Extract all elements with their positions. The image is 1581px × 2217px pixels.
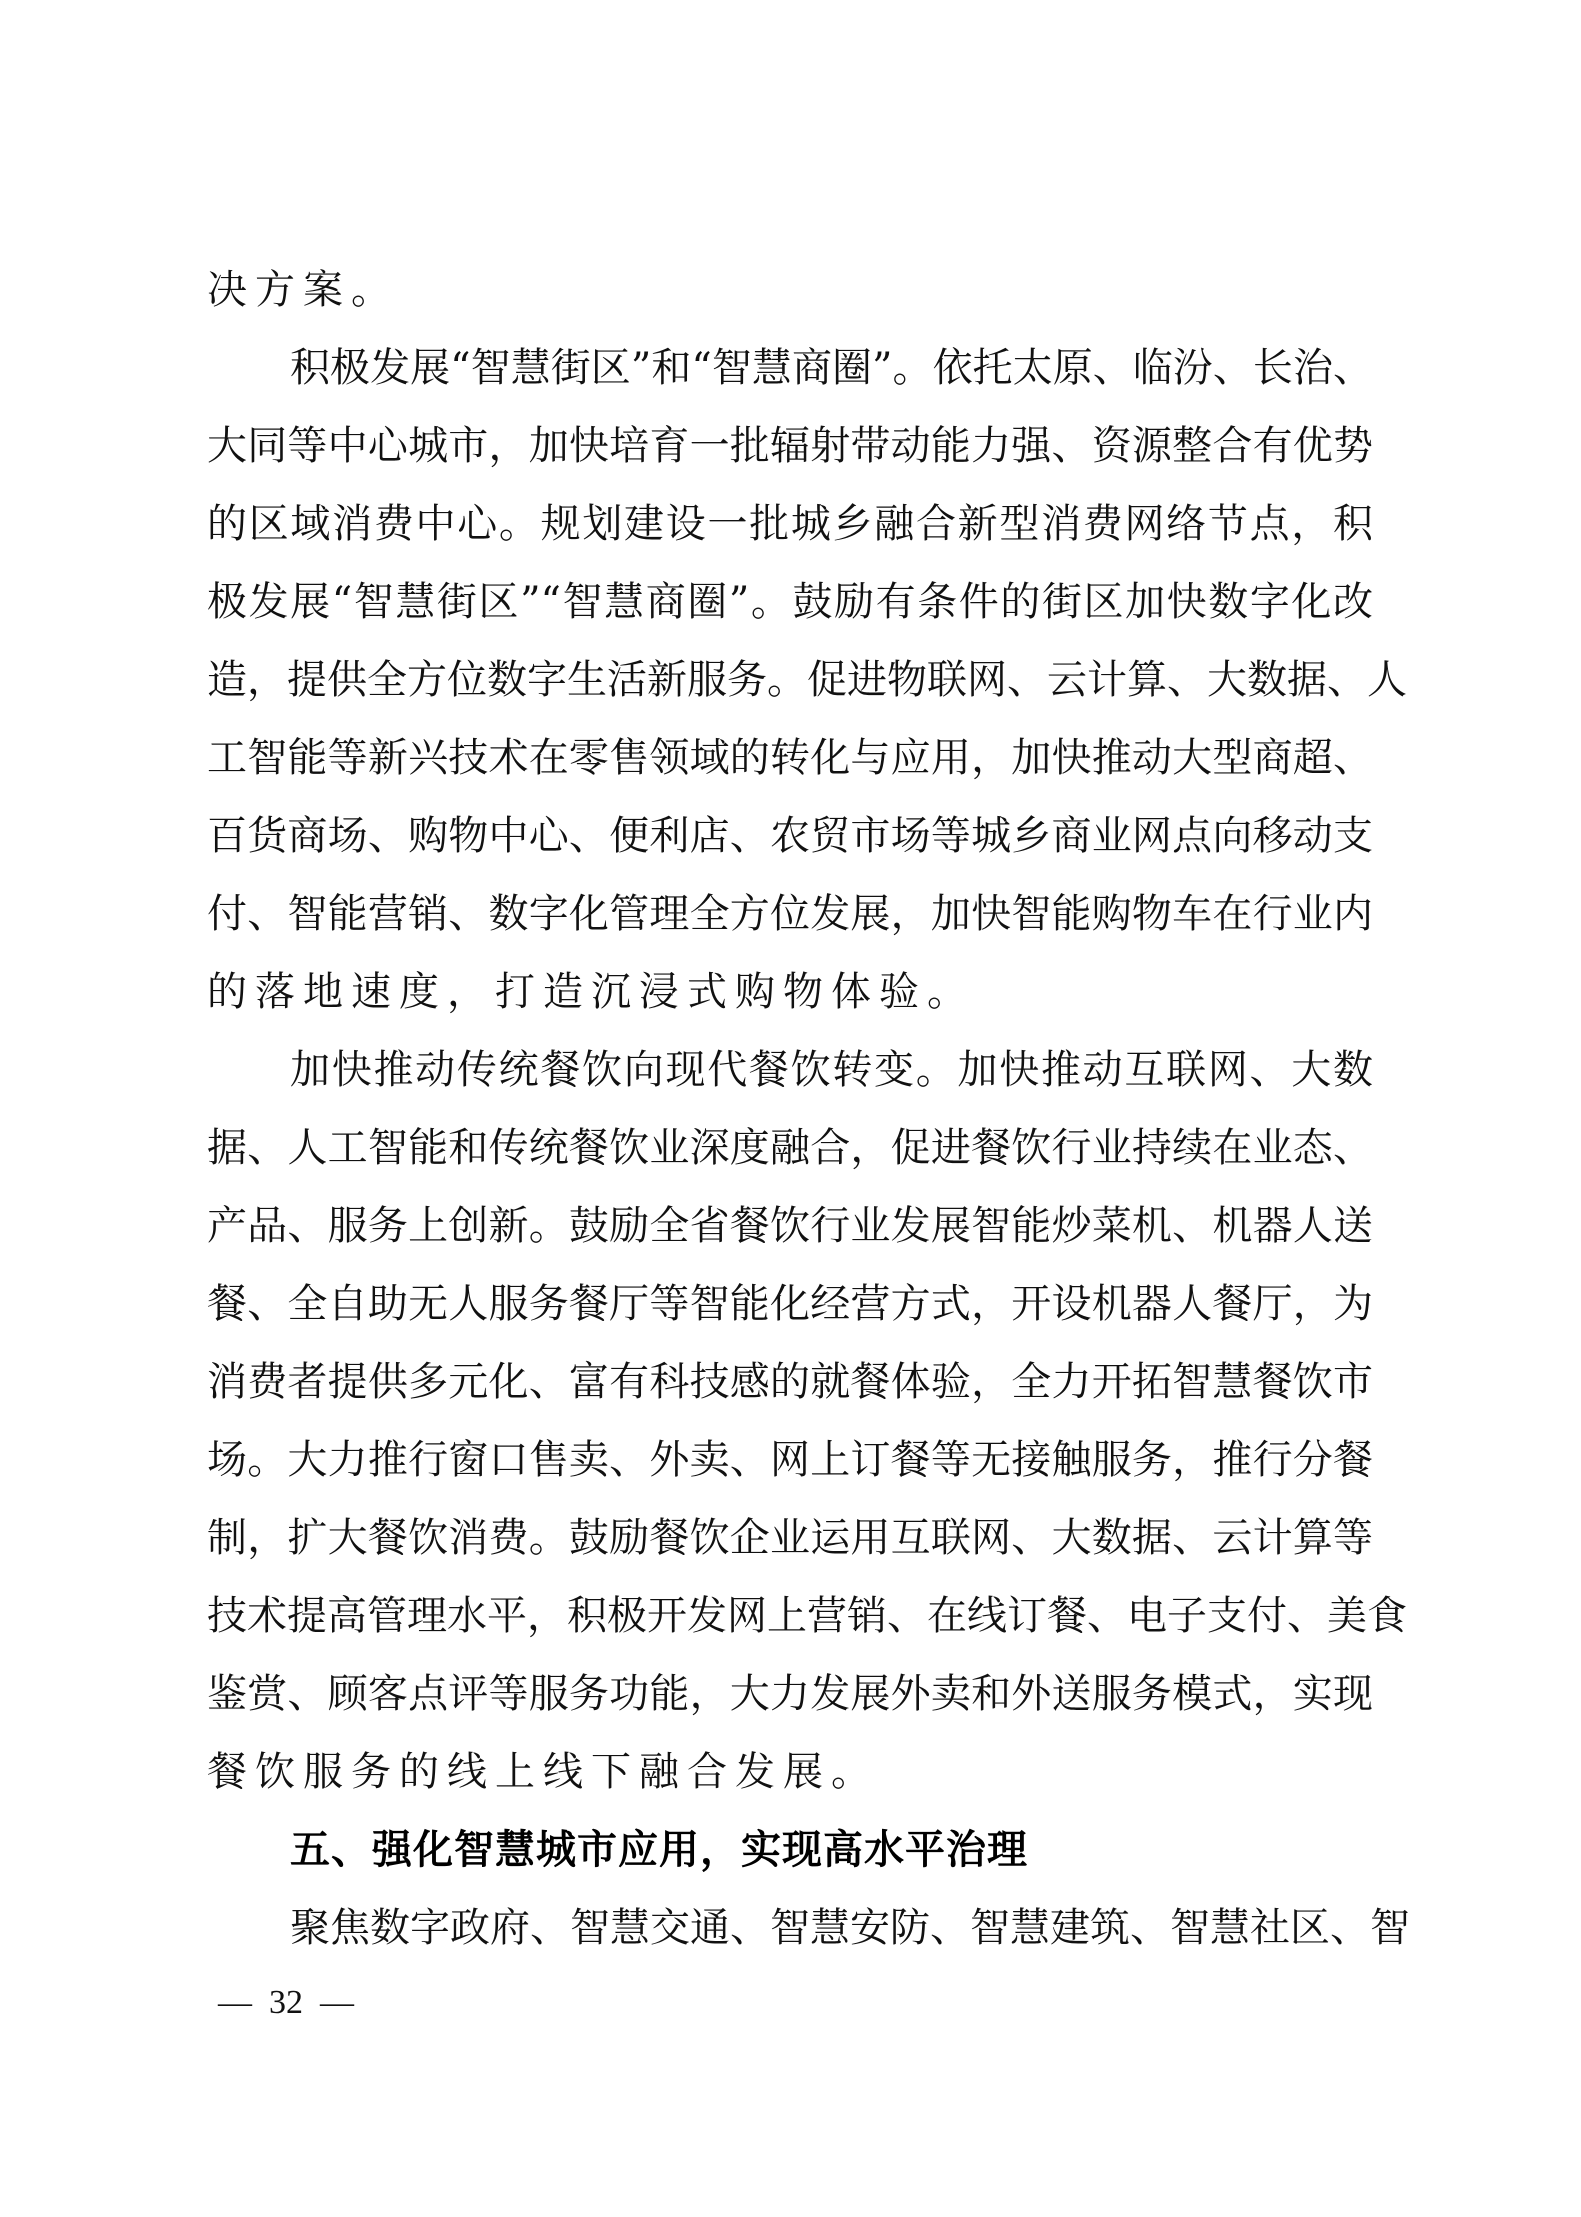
paragraph-line: 决方案。	[207, 251, 1373, 329]
paragraph-line: 消费者提供多元化、富有科技感的就餐体验，全力开拓智慧餐饮市	[207, 1343, 1373, 1421]
paragraph-line: 造，提供全方位数字生活新服务。促进物联网、云计算、大数据、人	[207, 641, 1373, 719]
paragraph-line: 大同等中心城市，加快培育一批辐射带动能力强、资源整合有优势	[207, 407, 1373, 485]
paragraph-line: 聚焦数字政府、智慧交通、智慧安防、智慧建筑、智慧社区、智	[207, 1889, 1373, 1967]
page-number: — 32 —	[218, 1980, 354, 2026]
section-heading: 五、强化智慧城市应用，实现高水平治理	[207, 1811, 1373, 1889]
paragraph-line: 付、智能营销、数字化管理全方位发展，加快智能购物车在行业内	[207, 875, 1373, 953]
paragraph-line: 餐饮服务的线上线下融合发展。	[207, 1733, 1373, 1811]
paragraph-line: 产品、服务上创新。鼓励全省餐饮行业发展智能炒菜机、机器人送	[207, 1187, 1373, 1265]
paragraph-line: 加快推动传统餐饮向现代餐饮转变。加快推动互联网、大数	[207, 1031, 1373, 1109]
paragraph-line: 工智能等新兴技术在零售领域的转化与应用，加快推动大型商超、	[207, 719, 1373, 797]
document-page: 决方案。 积极发展“智慧街区”和“智慧商圈”。依托太原、临汾、长治、 大同等中心…	[207, 251, 1373, 1967]
paragraph-line: 技术提高管理水平，积极开发网上营销、在线订餐、电子支付、美食	[207, 1577, 1373, 1655]
paragraph-line: 的区域消费中心。规划建设一批城乡融合新型消费网络节点，积	[207, 485, 1373, 563]
paragraph-line: 制，扩大餐饮消费。鼓励餐饮企业运用互联网、大数据、云计算等	[207, 1499, 1373, 1577]
paragraph-line: 场。大力推行窗口售卖、外卖、网上订餐等无接触服务，推行分餐	[207, 1421, 1373, 1499]
paragraph-line: 的落地速度，打造沉浸式购物体验。	[207, 953, 1373, 1031]
paragraph-line: 极发展“智慧街区”“智慧商圈”。鼓励有条件的街区加快数字化改	[207, 563, 1373, 641]
paragraph-line: 餐、全自助无人服务餐厅等智能化经营方式，开设机器人餐厅，为	[207, 1265, 1373, 1343]
paragraph-line: 积极发展“智慧街区”和“智慧商圈”。依托太原、临汾、长治、	[207, 329, 1373, 407]
paragraph-line: 鉴赏、顾客点评等服务功能，大力发展外卖和外送服务模式，实现	[207, 1655, 1373, 1733]
paragraph-line: 百货商场、购物中心、便利店、农贸市场等城乡商业网点向移动支	[207, 797, 1373, 875]
paragraph-line: 据、人工智能和传统餐饮业深度融合，促进餐饮行业持续在业态、	[207, 1109, 1373, 1187]
